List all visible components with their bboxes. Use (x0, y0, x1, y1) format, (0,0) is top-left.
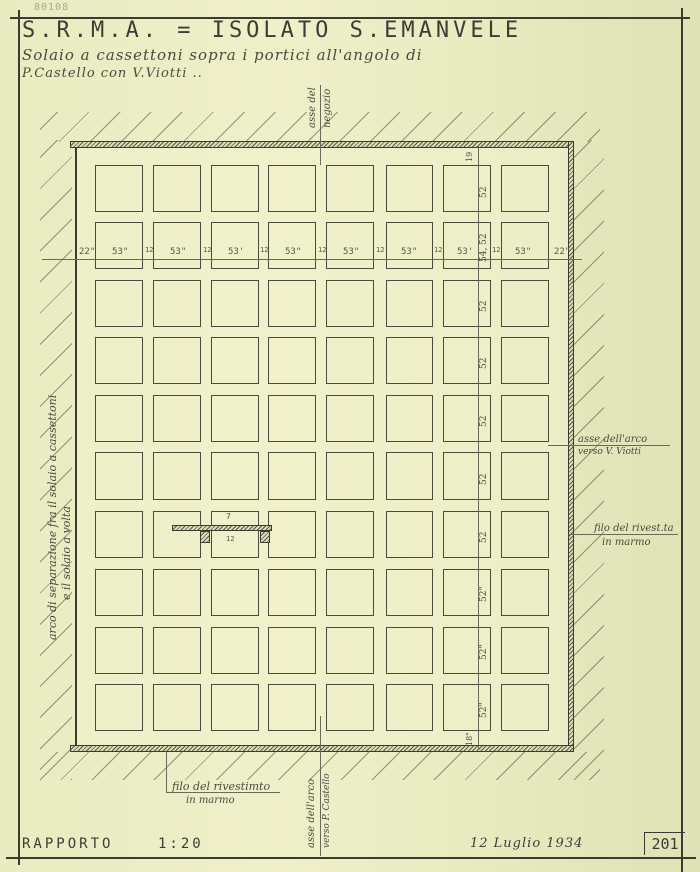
coffer (95, 569, 143, 616)
masonry-hatch-right (574, 140, 604, 780)
coffer (153, 569, 201, 616)
dim-rib: 12 (434, 246, 442, 254)
ceiling-field (76, 148, 568, 748)
coffer (501, 280, 549, 327)
marble-finish-right-line (568, 534, 678, 535)
coffer (501, 165, 549, 212)
coffer (211, 165, 259, 212)
rib-section-right-drop (260, 531, 270, 543)
coffer (153, 627, 201, 674)
coffer (268, 222, 316, 269)
coffer (268, 280, 316, 327)
dim-rib: 12 (260, 246, 268, 254)
coffer (211, 452, 259, 500)
dim-coffer: 53" (401, 247, 417, 257)
coffer (153, 511, 201, 558)
detail-dim-top: 7 (226, 512, 231, 521)
marble-finish-right-line2: in marmo (602, 537, 651, 548)
coffer (268, 569, 316, 616)
arch-axis-viotti-line2: verso V. Viotti (578, 447, 641, 457)
vdim-coffer: 52 (479, 301, 489, 312)
vdim-bottom-edge: 18" (465, 732, 474, 746)
coffer (386, 222, 433, 269)
coffer (326, 395, 374, 442)
coffer (326, 511, 374, 558)
coffer (153, 337, 201, 384)
coffer (501, 627, 549, 674)
coffer (153, 395, 201, 442)
drawing-subtitle-line1: Solaio a cassettoni sopra i portici all'… (22, 46, 423, 64)
coffer (268, 165, 316, 212)
rib-section-detail (172, 525, 272, 531)
coffer (386, 684, 433, 731)
dim-coffer: 53" (112, 247, 128, 257)
coffer (326, 569, 374, 616)
marble-finish-bottom-line1: filo del rivestimto (172, 780, 270, 793)
vdim-coffer: 52" (479, 586, 489, 602)
dim-coffer: 53' (228, 247, 244, 257)
marble-band-top (70, 141, 574, 148)
archive-stamp: 80108 (34, 2, 69, 13)
frame-right (681, 8, 683, 872)
coffer (268, 452, 316, 500)
arch-axis-castello-line2: verso P. Castello (322, 773, 332, 848)
marble-band-right (568, 141, 574, 752)
coffer (211, 511, 259, 558)
coffer (268, 395, 316, 442)
vdim-coffer: 52 (479, 416, 489, 427)
arch-axis-castello-line (320, 716, 321, 856)
coffer (326, 165, 374, 212)
coffer (326, 684, 374, 731)
coffer (386, 165, 433, 212)
dim-rib: 12 (492, 246, 500, 254)
left-arch-note-line2: e il solaio a volta (60, 506, 73, 600)
arch-axis-viotti-line1: asse dell'arco (578, 434, 647, 445)
coffer (268, 337, 316, 384)
left-edge-line (75, 148, 77, 746)
vdim-coffer: 52" (479, 644, 489, 660)
rib-section-left-drop (200, 531, 210, 543)
shop-axis-line (320, 85, 321, 165)
coffer (95, 222, 143, 269)
coffer (153, 684, 201, 731)
coffer (153, 165, 201, 212)
dim-edge-right: 22" (554, 247, 570, 257)
coffer (211, 684, 259, 731)
coffer (211, 222, 259, 269)
coffer (153, 222, 201, 269)
coffer (95, 280, 143, 327)
drawing-date: 12 Luglio 1934 (470, 836, 583, 851)
coffer (386, 627, 433, 674)
coffer (386, 452, 433, 500)
coffer (153, 452, 201, 500)
coffer (386, 569, 433, 616)
coffer (95, 165, 143, 212)
coffer (501, 222, 549, 269)
detail-dim-mid: 12 (226, 535, 234, 543)
vdim-coffer: 54, 52 (479, 233, 489, 262)
coffer (386, 511, 433, 558)
marble-finish-bottom-line2: in marmo (186, 795, 235, 806)
coffer (95, 395, 143, 442)
coffer (211, 337, 259, 384)
dim-rib: 12 (318, 246, 326, 254)
coffer (501, 337, 549, 384)
coffer (211, 280, 259, 327)
arch-axis-castello-line1: asse dell'arco (306, 779, 317, 848)
coffer (268, 511, 316, 558)
frame-left (18, 10, 20, 865)
drawing-subtitle-line2: P.Castello con V.Viotti .. (22, 66, 203, 81)
coffer (501, 452, 549, 500)
coffer (501, 395, 549, 442)
arch-axis-viotti-line (548, 445, 670, 446)
coffer (326, 280, 374, 327)
horizontal-dimension-line (42, 259, 582, 260)
dim-coffer: 53' (457, 247, 473, 257)
coffer (501, 569, 549, 616)
coffer (95, 684, 143, 731)
coffer (153, 280, 201, 327)
dim-rib: 12 (376, 246, 384, 254)
coffer (501, 511, 549, 558)
marble-finish-right-line1: filo del rivest.ta (594, 523, 674, 534)
dim-coffer: 53" (285, 247, 301, 257)
dim-rib: 12 (203, 246, 211, 254)
vdim-coffer: 52" (479, 702, 489, 718)
marble-band-bottom (70, 745, 574, 752)
vdim-top-edge: 19 (465, 152, 474, 162)
vdim-coffer: 52 (479, 474, 489, 485)
coffer (268, 684, 316, 731)
marble-finish-bottom-line (166, 752, 167, 792)
sheet-number: 201 (644, 832, 685, 855)
coffer (326, 452, 374, 500)
drawing-sheet: 80108 S.R.M.A. = ISOLATO S.EMANVELE Sola… (0, 0, 700, 872)
shop-axis-label-line1: asse del (307, 87, 318, 128)
coffer (268, 627, 316, 674)
dim-rib: 12 (145, 246, 153, 254)
vdim-coffer: 52 (479, 532, 489, 543)
drawing-title: S.R.M.A. = ISOLATO S.EMANVELE (22, 18, 522, 43)
scale-value: 1:20 (158, 836, 204, 852)
dim-coffer: 53" (343, 247, 359, 257)
shop-axis-label-line2: negozio (322, 89, 333, 128)
coffer (501, 684, 549, 731)
left-arch-note-line1: arco di separazione fra il solaio a cass… (46, 395, 59, 640)
coffer (95, 627, 143, 674)
coffer (211, 569, 259, 616)
coffer (326, 627, 374, 674)
coffer (95, 511, 143, 558)
coffer (386, 395, 433, 442)
coffer (326, 337, 374, 384)
coffer (211, 627, 259, 674)
dim-coffer: 53" (515, 247, 531, 257)
dim-coffer: 53" (170, 247, 186, 257)
dim-edge-left: 22" (79, 247, 95, 257)
vdim-coffer: 52 (479, 187, 489, 198)
frame-bottom (6, 857, 696, 859)
vdim-coffer: 52 (479, 358, 489, 369)
coffer (95, 337, 143, 384)
coffer (326, 222, 374, 269)
coffer (211, 395, 259, 442)
coffer (386, 337, 433, 384)
coffer (386, 280, 433, 327)
scale-label: RAPPORTO (22, 836, 113, 852)
coffer (95, 452, 143, 500)
